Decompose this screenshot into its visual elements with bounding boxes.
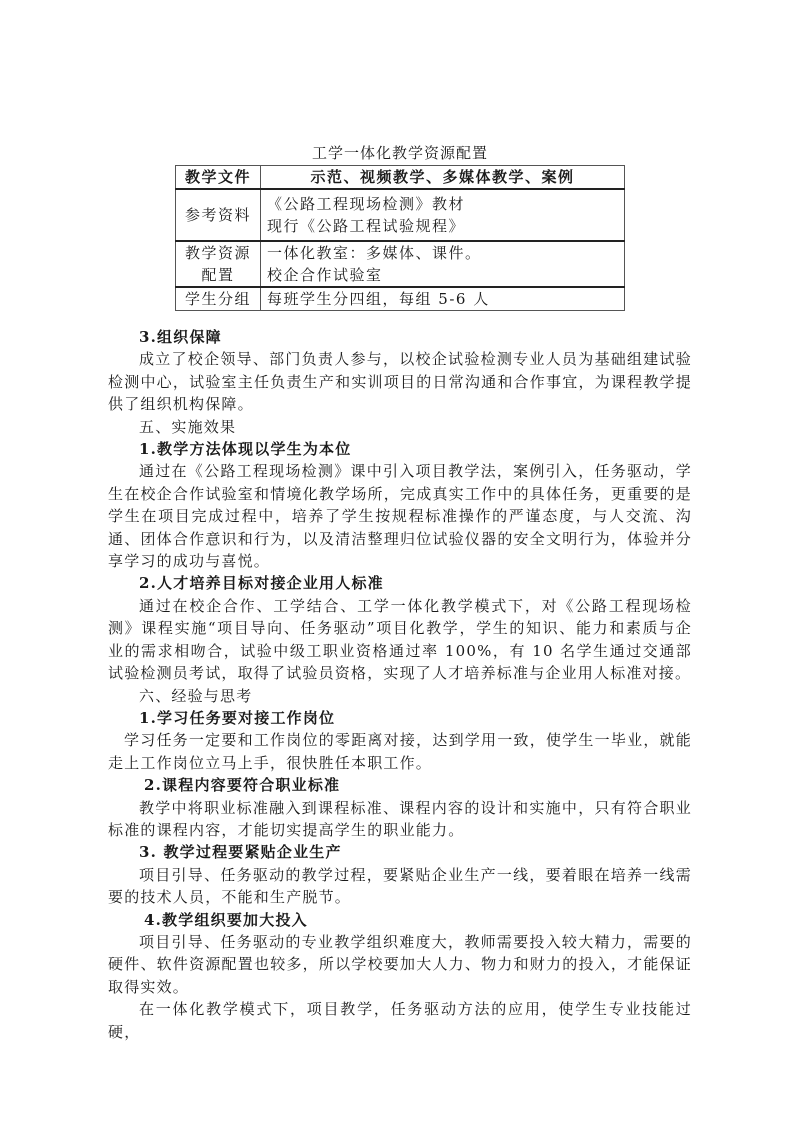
paragraph: 通过在《公路工程现场检测》课中引入项目教学法，案例引入，任务驱动，学生在校企合作… <box>108 460 692 572</box>
row-label-cell: 教学资源 配置 <box>176 241 261 287</box>
header-label-cell: 教学文件 <box>176 166 261 190</box>
section-heading: 3.组织保障 <box>108 326 692 348</box>
paragraph: 在一体化教学模式下，项目教学，任务驱动方法的应用，使学生专业技能过硬， <box>108 998 692 1043</box>
table-row: 教学资源 配置 一体化教室：多媒体、课件。 校企合作试验室 <box>176 241 625 287</box>
cell-line: 一体化教室：多媒体、课件。 <box>267 242 618 264</box>
cell-line: 现行《公路工程试验规程》 <box>267 215 618 237</box>
paragraph: 学习任务一定要和工作岗位的零距离对接，达到学用一致，使学生一毕业，就能走上工作岗… <box>108 729 692 774</box>
cell-line: 教学资源 <box>182 242 254 264</box>
table-header-row: 教学文件 示范、视频教学、多媒体教学、案例 <box>176 166 625 190</box>
section-heading: 3. 教学过程要紧贴企业生产 <box>108 841 692 863</box>
table-caption: 工学一体化教学资源配置 <box>175 143 625 163</box>
section-heading: 2.课程内容要符合职业标准 <box>108 774 692 796</box>
document-page: 工学一体化教学资源配置 教学文件 示范、视频教学、多媒体教学、案例 参考资料 《… <box>0 0 800 1131</box>
paragraph: 通过在校企合作、工学结合、工学一体化教学模式下，对《公路工程现场检测》课程实施“… <box>108 595 692 685</box>
section-heading: 2.人才培养目标对接企业用人标准 <box>108 572 692 594</box>
paragraph: 项目引导、任务驱动的专业教学组织难度大，教师需要投入较大精力，需要的硬件、软件资… <box>108 931 692 998</box>
table-row: 学生分组 每班学生分四组，每组 5-6 人 <box>176 287 625 311</box>
cell-line: 配置 <box>182 264 254 286</box>
row-value-cell: 一体化教室：多媒体、课件。 校企合作试验室 <box>261 241 625 287</box>
row-label-cell: 参考资料 <box>176 189 261 241</box>
cell-line: 《公路工程现场检测》教材 <box>267 193 618 215</box>
row-value-cell: 《公路工程现场检测》教材 现行《公路工程试验规程》 <box>261 189 625 241</box>
paragraph: 教学中将职业标准融入到课程标准、课程内容的设计和实施中，只有符合职业标准的课程内… <box>108 797 692 842</box>
section-heading: 1.学习任务要对接工作岗位 <box>108 707 692 729</box>
table-row: 参考资料 《公路工程现场检测》教材 现行《公路工程试验规程》 <box>176 189 625 241</box>
chapter-heading: 五、实施效果 <box>108 416 692 438</box>
chapter-heading: 六、经验与思考 <box>108 685 692 707</box>
header-value-cell: 示范、视频教学、多媒体教学、案例 <box>261 166 625 190</box>
paragraph: 项目引导、任务驱动的教学过程，要紧贴企业生产一线，要着眼在培养一线需要的技术人员… <box>108 864 692 909</box>
document-body: 3.组织保障 成立了校企领导、部门负责人参与，以校企试验检测专业人员为基础组建试… <box>108 326 692 1043</box>
cell-line: 校企合作试验室 <box>267 264 618 286</box>
row-label-cell: 学生分组 <box>176 287 261 311</box>
paragraph: 成立了校企领导、部门负责人参与，以校企试验检测专业人员为基础组建试验检测中心，试… <box>108 348 692 415</box>
row-value-cell: 每班学生分四组，每组 5-6 人 <box>261 287 625 311</box>
section-heading: 1.教学方法体现以学生为本位 <box>108 438 692 460</box>
section-heading: 4.教学组织要加大投入 <box>108 909 692 931</box>
resource-table: 教学文件 示范、视频教学、多媒体教学、案例 参考资料 《公路工程现场检测》教材 … <box>175 165 625 311</box>
